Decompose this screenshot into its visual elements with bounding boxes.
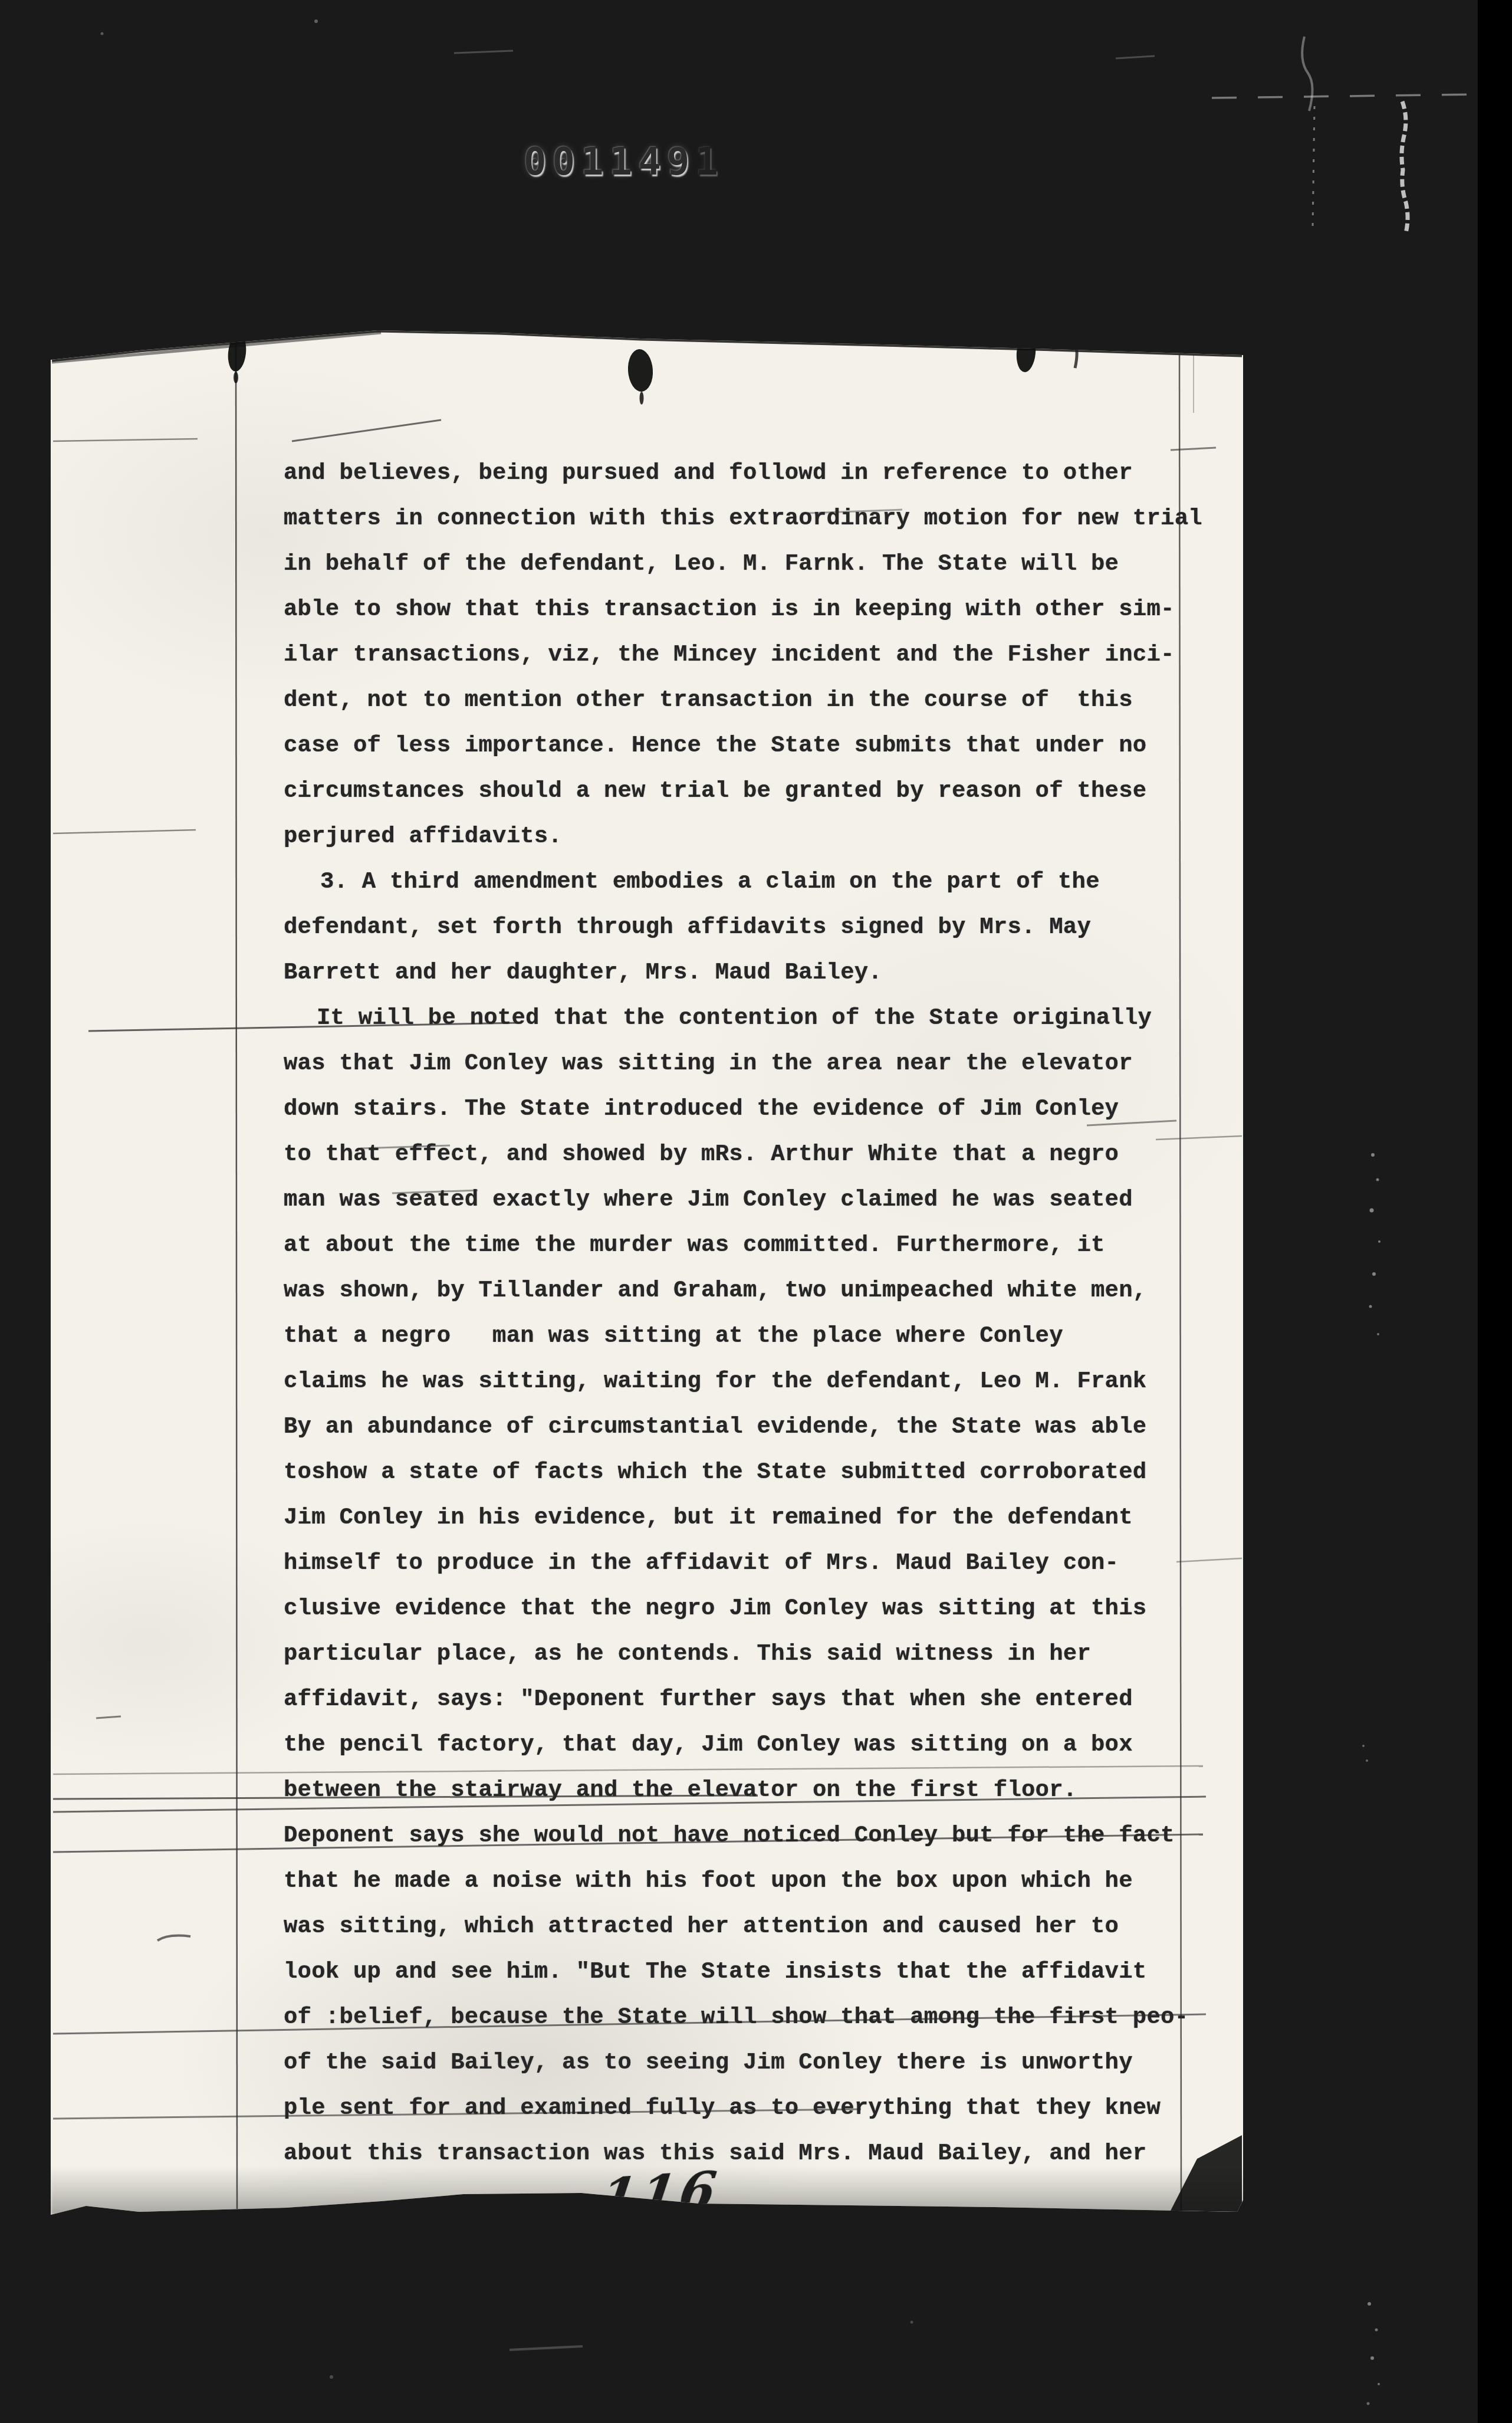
film-speck (1378, 2383, 1380, 2385)
scratch-mark (454, 51, 513, 53)
film-speck (1362, 1745, 1365, 1747)
film-speck (1370, 2356, 1374, 2360)
film-speck (1377, 1333, 1379, 1335)
film-speck (101, 32, 104, 35)
film-speck (1368, 2302, 1371, 2306)
film-speck (1378, 1240, 1380, 1243)
film-speck (1370, 1209, 1374, 1213)
film-speck (330, 2375, 333, 2379)
scratch-mark (510, 2346, 583, 2350)
film-speck (1376, 1178, 1379, 1181)
stamp-digits-main: 001149 (524, 140, 695, 184)
scratch-mark (1116, 56, 1155, 58)
scratch-mark (1302, 37, 1312, 111)
stamp-number: 0011491 (524, 140, 724, 184)
scratch-mark (1212, 94, 1477, 98)
film-speck (1367, 2402, 1370, 2405)
film-speck (1369, 1305, 1372, 1308)
film-speck (1366, 1759, 1368, 1762)
film-speck (1371, 1153, 1375, 1157)
film-speck (911, 2321, 913, 2324)
scratch-mark (1402, 101, 1408, 233)
film-speck (314, 19, 318, 23)
film-speck (1372, 1272, 1376, 1276)
film-background: 0011491 (0, 0, 1512, 2423)
scratch-mark (1313, 106, 1314, 227)
stamp-digits-faint: 1 (695, 140, 724, 184)
film-scratches (0, 0, 1512, 2423)
film-speck (1375, 2329, 1378, 2332)
